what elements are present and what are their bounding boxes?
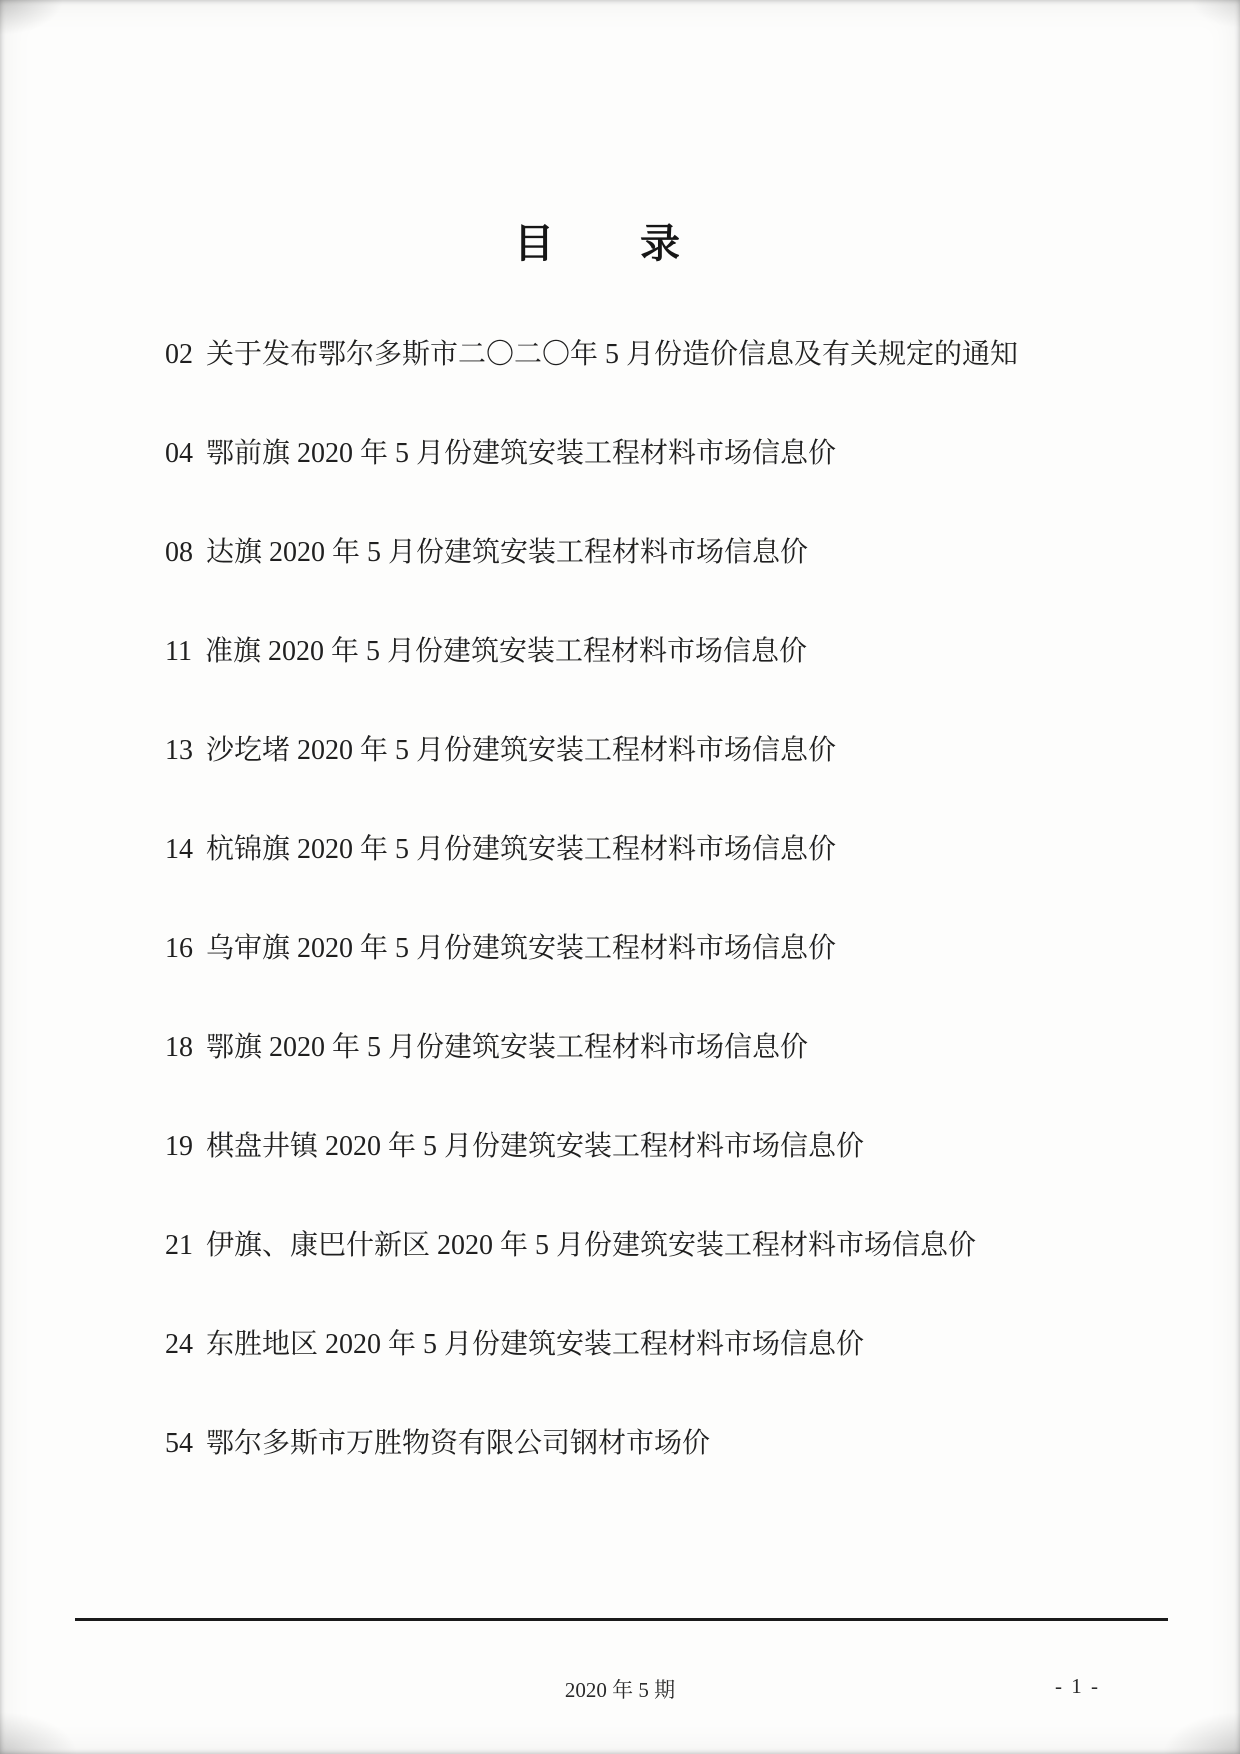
toc-entry: 19棋盘井镇 2020 年 5 月份建筑安装工程材料市场信息价 [165, 1128, 1170, 1227]
toc-entry: 04鄂前旗 2020 年 5 月份建筑安装工程材料市场信息价 [165, 435, 1170, 534]
toc-entry-title: 东胜地区 2020 年 5 月份建筑安装工程材料市场信息价 [206, 1329, 864, 1360]
toc-entry-title: 鄂旗 2020 年 5 月份建筑安装工程材料市场信息价 [206, 1032, 808, 1063]
toc-list: 02关于发布鄂尔多斯市二〇二〇年 5 月份造价信息及有关规定的通知 04鄂前旗 … [165, 336, 1170, 1524]
toc-entry-page-number: 16 [165, 933, 193, 964]
toc-entry-page-number: 02 [165, 339, 193, 370]
toc-entry-page-number: 19 [165, 1131, 193, 1162]
toc-entry-title: 达旗 2020 年 5 月份建筑安装工程材料市场信息价 [206, 537, 808, 568]
toc-entry: 16乌审旗 2020 年 5 月份建筑安装工程材料市场信息价 [165, 930, 1170, 1029]
toc-entry: 11准旗 2020 年 5 月份建筑安装工程材料市场信息价 [165, 633, 1170, 732]
toc-entry-title: 沙圪堵 2020 年 5 月份建筑安装工程材料市场信息价 [206, 735, 836, 766]
footer-page-number: - 1 - [1055, 1674, 1100, 1699]
toc-entry-title: 棋盘井镇 2020 年 5 月份建筑安装工程材料市场信息价 [206, 1131, 864, 1162]
toc-entry-page-number: 11 [165, 636, 192, 667]
toc-entry: 02关于发布鄂尔多斯市二〇二〇年 5 月份造价信息及有关规定的通知 [165, 336, 1170, 435]
toc-entry-page-number: 14 [165, 834, 193, 865]
toc-entry-page-number: 13 [165, 735, 193, 766]
toc-entry-page-number: 18 [165, 1032, 193, 1063]
toc-entry: 21伊旗、康巴什新区 2020 年 5 月份建筑安装工程材料市场信息价 [165, 1227, 1170, 1326]
toc-entry-title: 乌审旗 2020 年 5 月份建筑安装工程材料市场信息价 [206, 933, 836, 964]
toc-entry-title: 关于发布鄂尔多斯市二〇二〇年 5 月份造价信息及有关规定的通知 [206, 339, 1018, 370]
toc-entry: 24东胜地区 2020 年 5 月份建筑安装工程材料市场信息价 [165, 1326, 1170, 1425]
toc-entry-title: 杭锦旗 2020 年 5 月份建筑安装工程材料市场信息价 [206, 834, 836, 865]
page-title: 目 录 [0, 212, 1218, 269]
toc-entry-page-number: 04 [165, 438, 193, 469]
footer-issue-label: 2020 年 5 期 [0, 1674, 1240, 1704]
toc-entry-page-number: 21 [165, 1230, 193, 1261]
toc-entry-title: 伊旗、康巴什新区 2020 年 5 月份建筑安装工程材料市场信息价 [206, 1230, 976, 1261]
toc-entry: 13沙圪堵 2020 年 5 月份建筑安装工程材料市场信息价 [165, 732, 1170, 831]
toc-entry: 54鄂尔多斯市万胜物资有限公司钢材市场价 [165, 1425, 1170, 1524]
toc-entry-page-number: 08 [165, 537, 193, 568]
toc-entry-title: 鄂尔多斯市万胜物资有限公司钢材市场价 [206, 1428, 710, 1459]
footer-divider [75, 1618, 1168, 1621]
toc-entry: 14杭锦旗 2020 年 5 月份建筑安装工程材料市场信息价 [165, 831, 1170, 930]
toc-entry-title: 准旗 2020 年 5 月份建筑安装工程材料市场信息价 [205, 636, 807, 667]
toc-entry-title: 鄂前旗 2020 年 5 月份建筑安装工程材料市场信息价 [206, 438, 836, 469]
toc-entry: 18鄂旗 2020 年 5 月份建筑安装工程材料市场信息价 [165, 1029, 1170, 1128]
toc-entry-page-number: 24 [165, 1329, 193, 1360]
toc-entry: 08达旗 2020 年 5 月份建筑安装工程材料市场信息价 [165, 534, 1170, 633]
document-page: 目 录 02关于发布鄂尔多斯市二〇二〇年 5 月份造价信息及有关规定的通知 04… [0, 0, 1240, 1754]
toc-entry-page-number: 54 [165, 1428, 193, 1459]
